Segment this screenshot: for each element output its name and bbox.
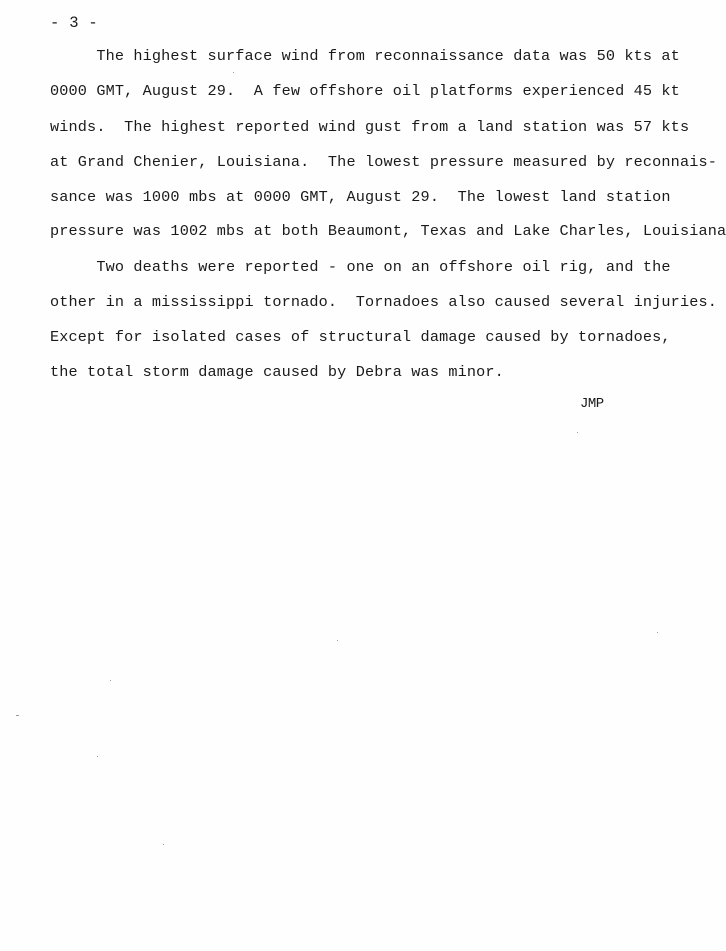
text-line: Two deaths were reported - one on an off… xyxy=(50,258,671,276)
text-line: other in a mississippi tornado. Tornadoe… xyxy=(50,293,717,311)
text-line: at Grand Chenier, Louisiana. The lowest … xyxy=(50,153,717,171)
text-line: winds. The highest reported wind gust fr… xyxy=(50,118,689,136)
text-line: sance was 1000 mbs at 0000 GMT, August 2… xyxy=(50,188,671,206)
scan-speck xyxy=(577,432,578,433)
scan-speck xyxy=(16,715,19,716)
text-line: 0000 GMT, August 29. A few offshore oil … xyxy=(50,82,680,100)
text-line: pressure was 1002 mbs at both Beaumont, … xyxy=(50,222,726,240)
text-line: The highest surface wind from reconnaiss… xyxy=(50,47,680,65)
scan-speck xyxy=(337,640,338,641)
text-line: Except for isolated cases of structural … xyxy=(50,328,671,346)
scan-speck xyxy=(233,72,234,73)
page-number: - 3 - xyxy=(50,14,98,32)
scan-speck xyxy=(110,680,111,681)
document-page: - 3 - The highest surface wind from reco… xyxy=(0,0,726,951)
scan-speck xyxy=(163,844,164,845)
text-line: the total storm damage caused by Debra w… xyxy=(50,363,504,381)
scan-speck xyxy=(657,632,658,633)
author-initials: JMP xyxy=(580,396,604,412)
scan-speck xyxy=(97,756,98,757)
